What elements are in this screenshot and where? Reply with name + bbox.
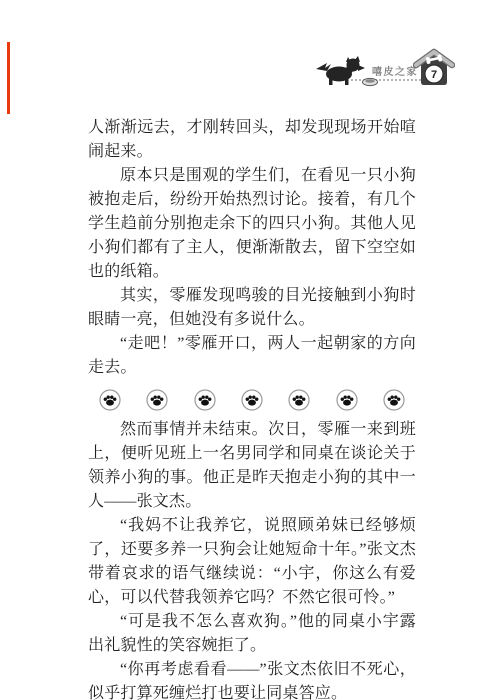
paw-print-icon [288, 389, 310, 411]
story-paragraph: 其实，零雁发现鸣骏的目光接触到小狗时眼睛一亮，但她没有多说什么。 [88, 284, 416, 332]
paw-print-icon [146, 389, 168, 411]
page-header: 嘻皮之家 7 [315, 50, 457, 96]
paw-print-icon [383, 389, 405, 411]
series-title: 嘻皮之家 [372, 63, 418, 78]
doghouse-page-badge: 7 [413, 48, 455, 95]
paw-print-icon [99, 389, 121, 411]
page-number: 7 [431, 69, 437, 81]
paw-print-divider [99, 389, 405, 411]
story-paragraph: 原本只是围观的学生们，在看见一只小狗被抱走后，纷纷开始热烈讨论。接着，有几个学生… [88, 164, 416, 284]
page-edge-mark [7, 42, 10, 114]
paw-print-icon [241, 389, 263, 411]
paw-print-icon [194, 389, 216, 411]
story-paragraph: 人渐渐远去，才刚转回头，却发现现场开始喧闹起来。 [88, 116, 416, 164]
book-page: 嘻皮之家 7 人渐渐远去，才刚转回头，却发现现场开始喧闹起来。 原本只是围观的学… [0, 0, 500, 700]
paw-print-icon [336, 389, 358, 411]
story-paragraph: “走吧！”零雁开口，两人一起朝家的方向走去。 [88, 332, 416, 380]
story-text: 人渐渐远去，才刚转回头，却发现现场开始喧闹起来。 原本只是围观的学生们，在看见一… [88, 116, 416, 700]
dog-with-bowl-icon [315, 52, 379, 93]
story-paragraph: “你再考虑看看——”张文杰依旧不死心，似乎打算死缠烂打也要让同桌答应。 [88, 658, 416, 700]
story-paragraph: “可是我不怎么喜欢狗。”他的同桌小宇露出礼貌性的笑容婉拒了。 [88, 610, 416, 658]
story-paragraph: “我妈不让我养它，说照顾弟妹已经够烦了，还要多养一只狗会让她短命十年。”张文杰带… [88, 514, 416, 610]
story-paragraph: 然而事情并未结束。次日，零雁一来到班上，便听见班上一名男同学和同桌在谈论关于领养… [88, 418, 416, 514]
